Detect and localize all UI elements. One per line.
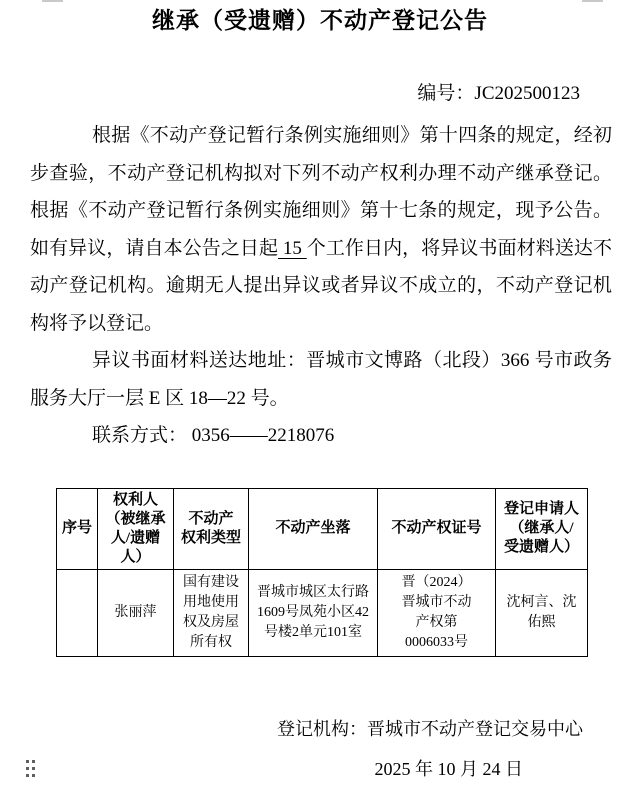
col-header-property-location: 不动产坐落: [249, 488, 378, 569]
drag-handle-icon[interactable]: [26, 760, 35, 777]
drag-handle-dot: [32, 760, 35, 763]
document-page: 继承（受遗赠）不动产登记公告 编号：JC202500123 根据《不动产登记暂行…: [0, 0, 640, 796]
page-title: 继承（受遗赠）不动产登记公告: [30, 6, 610, 36]
property-registration-table: 序号 权利人 （被继承 人/遗赠 人） 不动产 权利类型 不动产坐落 不动产权证…: [56, 488, 588, 657]
cell-serial-number: [57, 569, 98, 656]
drag-handle-dot: [26, 760, 29, 763]
cell-certificate-number: 晋（2024） 晋城市不动 产权第 0006033号: [378, 569, 496, 656]
cell-right-type: 国有建设 用地使用 权及房屋 所有权: [174, 569, 249, 656]
top-left-tick-mark: [42, 0, 63, 2]
col-header-right-type: 不动产 权利类型: [174, 488, 249, 569]
body-text: 根据《不动产登记暂行条例实施细则》第十四条的规定，经初步查验，不动产登记机构拟对…: [30, 117, 612, 455]
drag-handle-dot: [26, 774, 29, 777]
cell-applicant: 沈柯言、沈 佑熙: [496, 569, 588, 656]
cell-property-location: 晋城市城区太行路 1609号凤苑小区42 号楼2单元101室: [249, 569, 378, 656]
cell-rights-holder: 张丽萍: [98, 569, 174, 656]
col-header-rights-holder: 权利人 （被继承 人/遗赠 人）: [98, 488, 174, 569]
doc-number: 编号：JC202500123: [0, 83, 640, 105]
top-right-tick-mark: [582, 0, 603, 2]
table-row: 张丽萍 国有建设 用地使用 权及房屋 所有权 晋城市城区太行路 1609号凤苑小…: [57, 569, 588, 656]
drag-handle-dot: [32, 774, 35, 777]
drag-handle-dot: [26, 767, 29, 770]
paragraph-contact: 联系方式： 0356——2218076: [30, 417, 612, 455]
drag-handle-dot: [32, 767, 35, 770]
registration-agency-line: 登记机构：晋城市不动产登记交易中心: [0, 717, 640, 741]
paragraph-delivery-address: 异议书面材料送达地址：晋城市文博路（北段）366 号市政务服务大厅一层 E 区 …: [30, 342, 612, 417]
objection-days-value: 15: [278, 238, 307, 259]
paragraph-notice: 根据《不动产登记暂行条例实施细则》第十四条的规定，经初步查验，不动产登记机构拟对…: [30, 117, 612, 342]
announcement-date-line: 2025 年 10 月 24 日: [0, 757, 640, 781]
col-header-certificate-number: 不动产权证号: [378, 488, 496, 569]
col-header-applicant: 登记申请人 （继承人/ 受遗赠人）: [496, 488, 588, 569]
col-header-serial-number: 序号: [57, 488, 98, 569]
table-header-row: 序号 权利人 （被继承 人/遗赠 人） 不动产 权利类型 不动产坐落 不动产权证…: [57, 488, 588, 569]
